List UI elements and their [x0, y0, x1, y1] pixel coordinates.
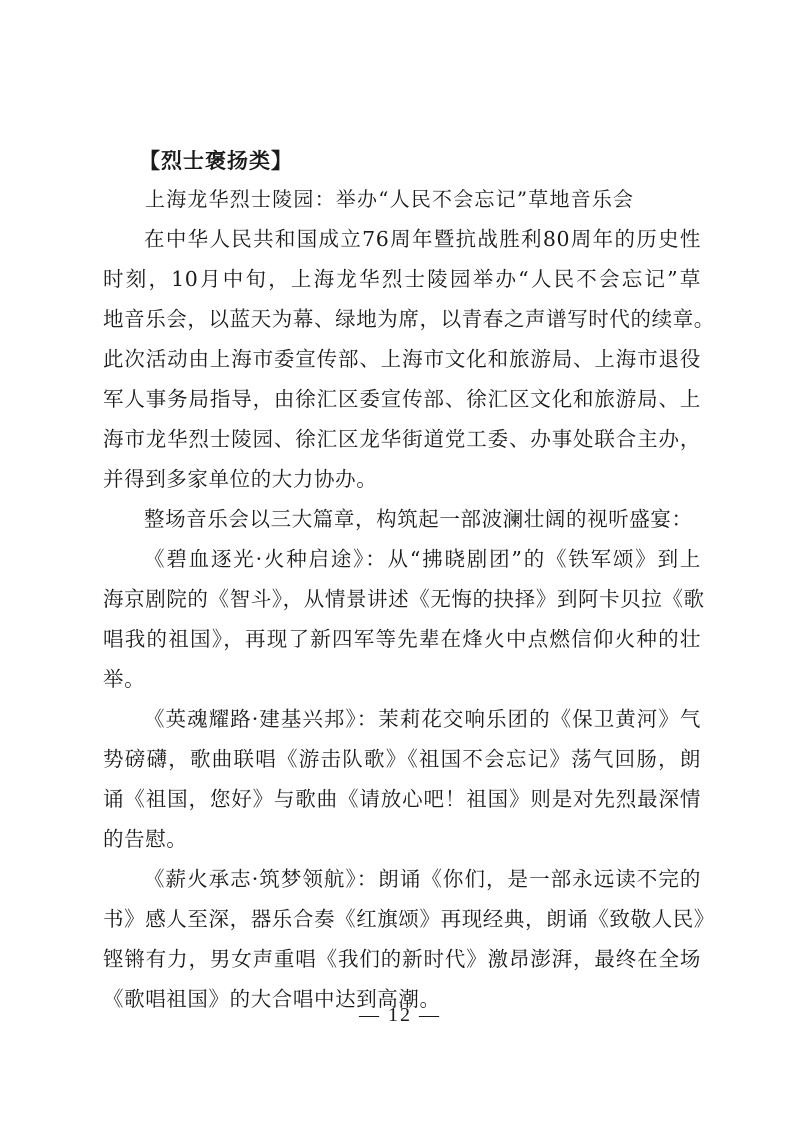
text-line: 的告慰。 [103, 819, 701, 859]
section-heading: 【烈士褒扬类】 [103, 143, 701, 179]
text-line: 在中华人民共和国成立76周年暨抗战胜利80周年的历史性 [103, 219, 701, 259]
text-line: 地音乐会，以蓝天为幕、绿地为席，以青春之声谱写时代的续章。 [103, 299, 701, 339]
text-line: 诵《祖国，您好》与歌曲《请放心吧！祖国》则是对先烈最深情 [103, 779, 701, 819]
text-line: 铿锵有力，男女声重唱《我们的新时代》激昂澎湃，最终在全场 [103, 939, 701, 979]
text-line: 海市龙华烈士陵园、徐汇区龙华街道党工委、办事处联合主办， [103, 419, 701, 459]
paragraph-chapter-1: 《碧血逐光·火种启途》：从“拂晓剧团”的《铁军颂》到上 海京剧院的《智斗》，从情… [103, 539, 701, 699]
text-line: 海京剧院的《智斗》，从情景讲述《无悔的抉择》到阿卡贝拉《歌 [103, 579, 701, 619]
paragraph-overview: 整场音乐会以三大篇章，构筑起一部波澜壮阔的视听盛宴： [103, 499, 701, 539]
text-line: 此次活动由上海市委宣传部、上海市文化和旅游局、上海市退役 [103, 339, 701, 379]
document-page: 【烈士褒扬类】 上海龙华烈士陵园：举办“人民不会忘记”草地音乐会 在中华人民共和… [103, 143, 701, 1019]
text-line: 整场音乐会以三大篇章，构筑起一部波澜壮阔的视听盛宴： [103, 499, 701, 539]
paragraph-intro: 在中华人民共和国成立76周年暨抗战胜利80周年的历史性 时刻，10月中旬，上海龙… [103, 219, 701, 499]
text-line: 《碧血逐光·火种启途》：从“拂晓剧团”的《铁军颂》到上 [103, 539, 701, 579]
article-title: 上海龙华烈士陵园：举办“人民不会忘记”草地音乐会 [103, 179, 701, 219]
text-line: 书》感人至深，器乐合奏《红旗颂》再现经典，朗诵《致敬人民》 [103, 899, 701, 939]
text-line: 势磅礴，歌曲联唱《游击队歌》《祖国不会忘记》荡气回肠，朗 [103, 739, 701, 779]
text-line: 并得到多家单位的大力协办。 [103, 459, 701, 499]
text-line: 《薪火承志·筑梦领航》：朗诵《你们，是一部永远读不完的 [103, 859, 701, 899]
text-line: 时刻，10月中旬，上海龙华烈士陵园举办“人民不会忘记”草 [103, 259, 701, 299]
text-line: 军人事务局指导，由徐汇区委宣传部、徐汇区文化和旅游局、上 [103, 379, 701, 419]
text-line: 《英魂耀路·建基兴邦》：茉莉花交响乐团的《保卫黄河》气 [103, 699, 701, 739]
page-number: — 12 — [0, 1000, 800, 1030]
text-line: 唱我的祖国》，再现了新四军等先辈在烽火中点燃信仰火种的壮 [103, 619, 701, 659]
text-line: 举。 [103, 659, 701, 699]
paragraph-chapter-3: 《薪火承志·筑梦领航》：朗诵《你们，是一部永远读不完的 书》感人至深，器乐合奏《… [103, 859, 701, 1019]
paragraph-chapter-2: 《英魂耀路·建基兴邦》：茉莉花交响乐团的《保卫黄河》气 势磅礴，歌曲联唱《游击队… [103, 699, 701, 859]
